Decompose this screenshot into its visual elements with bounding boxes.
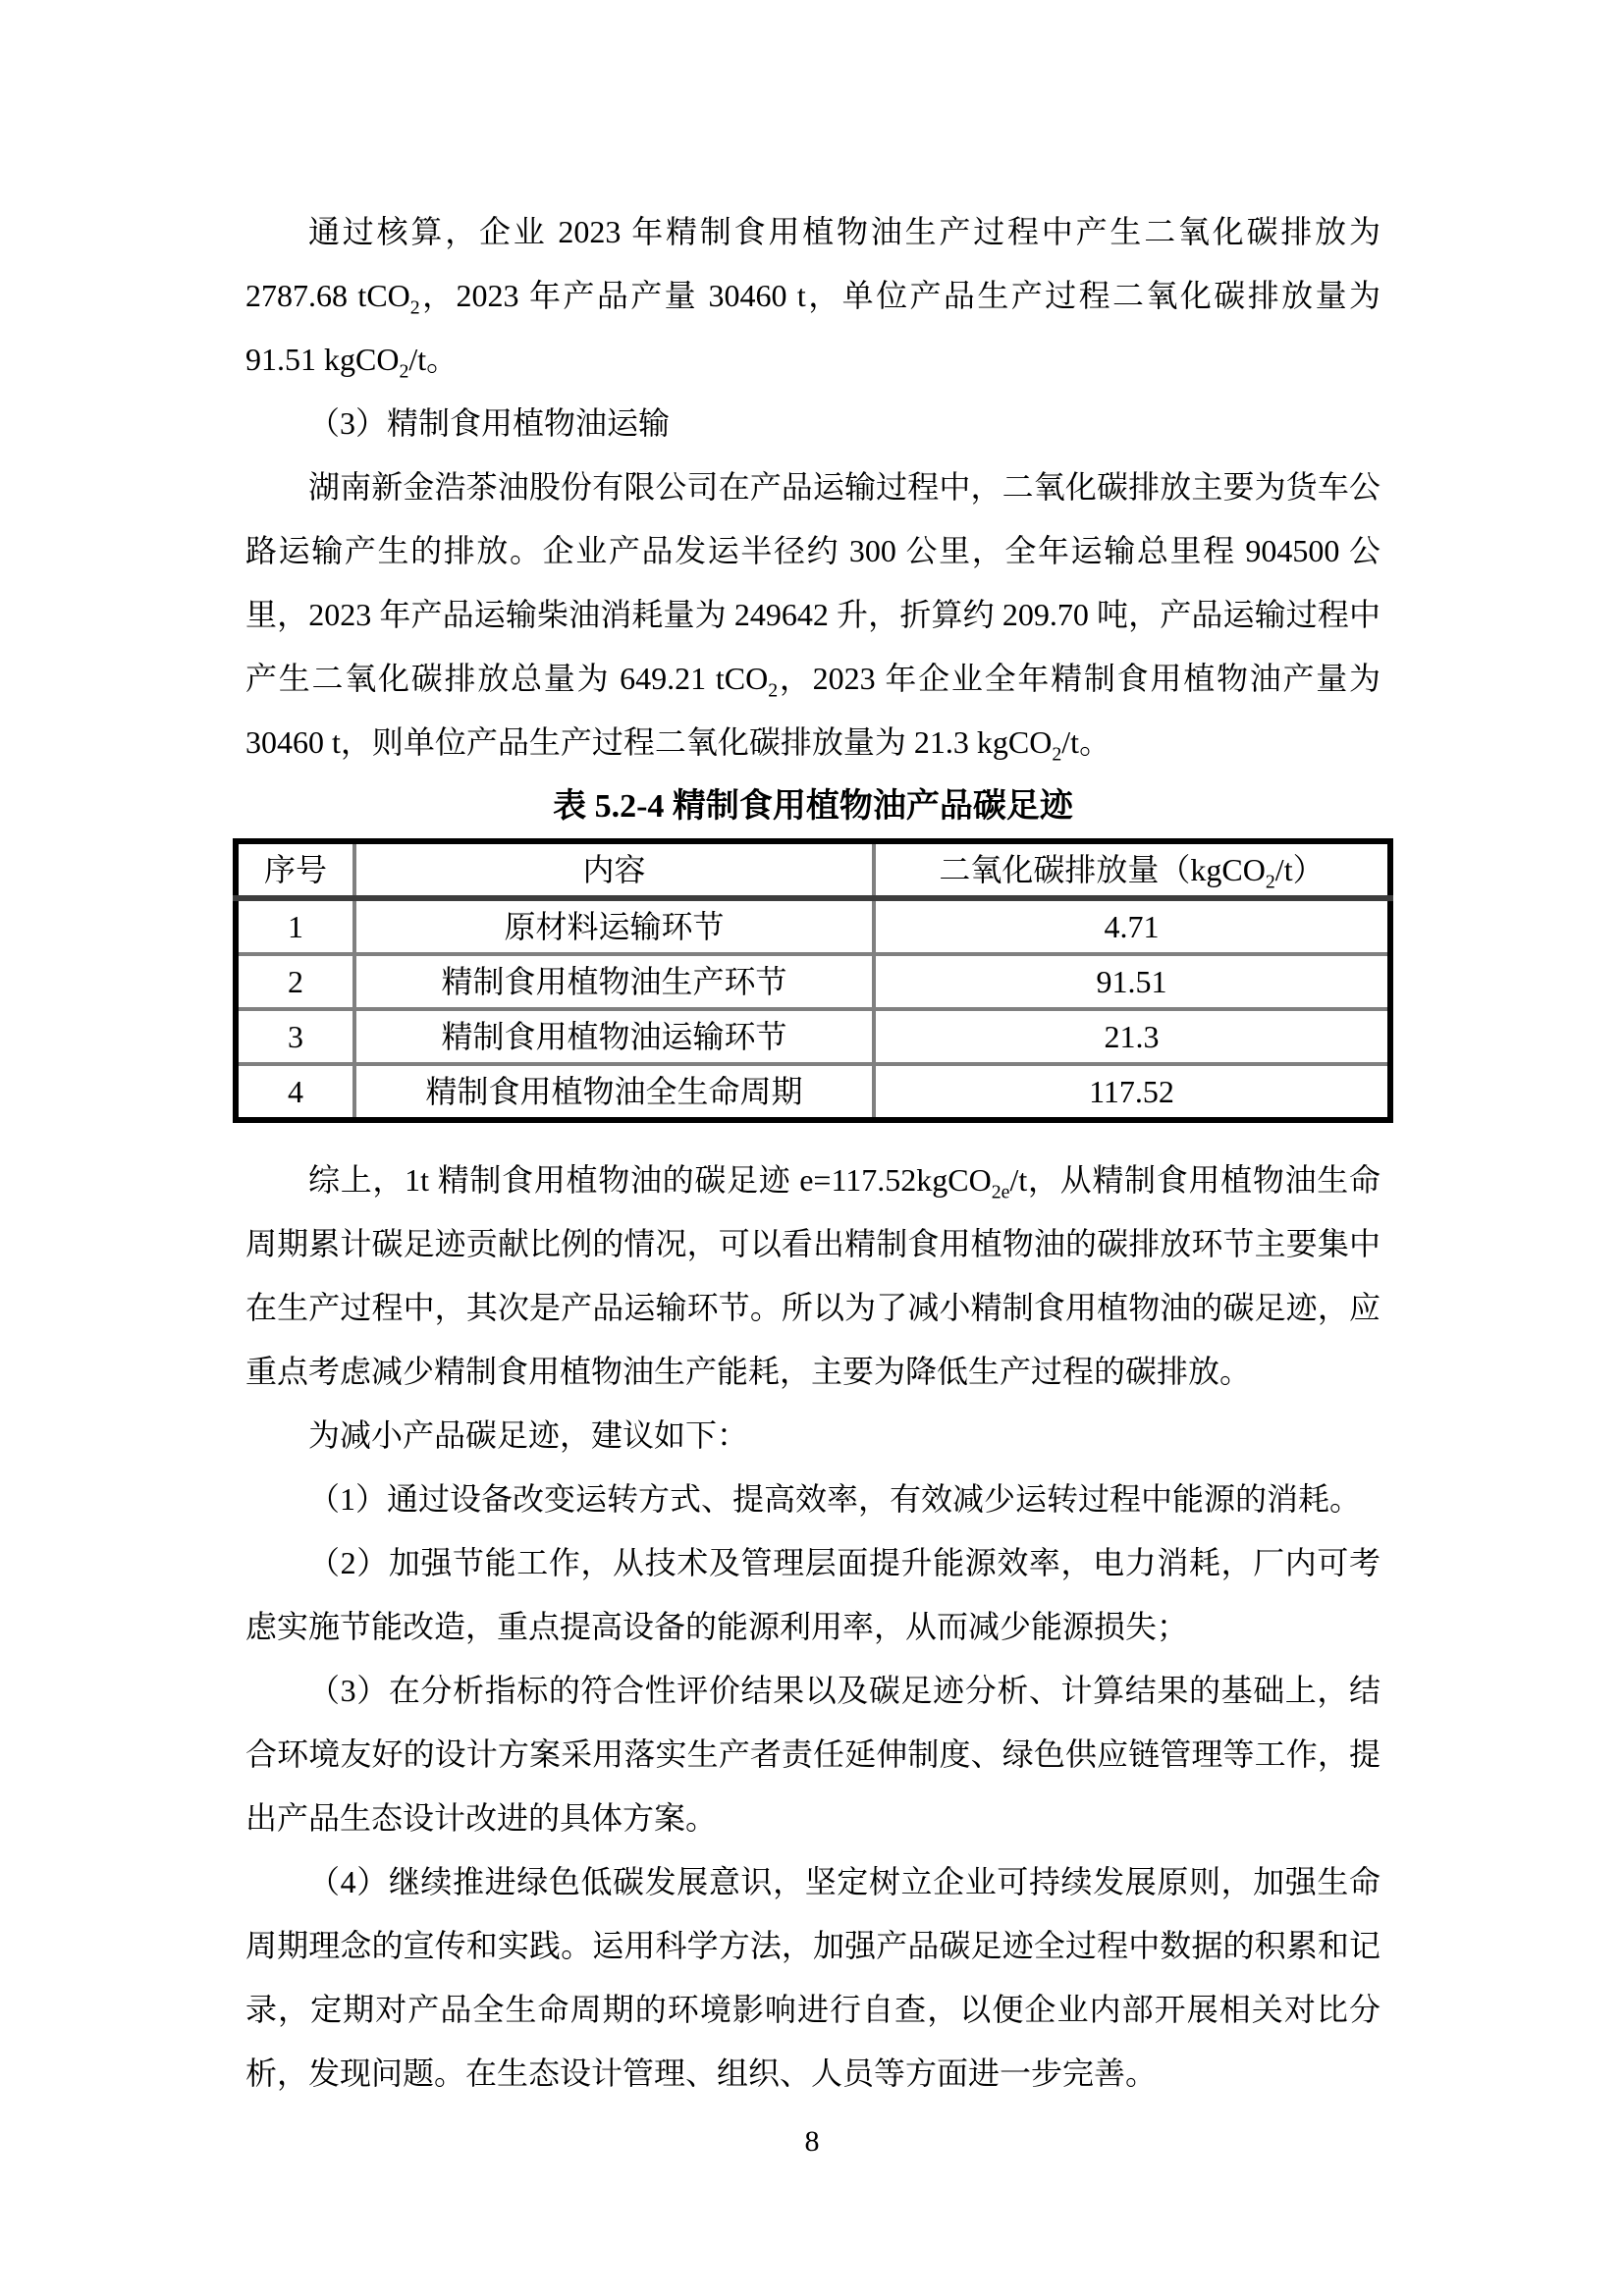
paragraph-transport-accounting: 湖南新金浩茶油股份有限公司在产品运输过程中，二氧化碳排放主要为货车公路运输产生的… (245, 455, 1380, 774)
table-cell-content: 原材料运输环节 (354, 898, 874, 954)
table-cell-emission: 91.51 (874, 954, 1390, 1009)
paragraph-suggestion-2: （2）加强节能工作，从技术及管理层面提升能源效率，电力消耗，厂内可考虑实施节能改… (245, 1531, 1380, 1659)
table-cell-index: 2 (236, 954, 354, 1009)
table-header-index: 序号 (236, 841, 354, 898)
table-cell-content: 精制食用植物油全生命周期 (354, 1064, 874, 1120)
paragraph-production-accounting: 通过核算，企业 2023 年精制食用植物油生产过程中产生二氧化碳排放为 2787… (245, 200, 1380, 392)
table-cell-emission: 4.71 (874, 898, 1390, 954)
table-header-content: 内容 (354, 841, 874, 898)
paragraph-suggestion-3: （3）在分析指标的符合性评价结果以及碳足迹分析、计算结果的基础上，结合环境友好的… (245, 1659, 1380, 1850)
table-cell-content: 精制食用植物油生产环节 (354, 954, 874, 1009)
table-cell-content: 精制食用植物油运输环节 (354, 1009, 874, 1064)
paragraph-summary: 综上，1t 精制食用植物油的碳足迹 e=117.52kgCO2e/t，从精制食用… (245, 1148, 1380, 1404)
table-cell-emission: 117.52 (874, 1064, 1390, 1120)
table-row: 4 精制食用植物油全生命周期 117.52 (236, 1064, 1390, 1120)
document-page: 通过核算，企业 2023 年精制食用植物油生产过程中产生二氧化碳排放为 2787… (0, 0, 1624, 2296)
page-number: 8 (0, 2122, 1624, 2162)
paragraph-suggestions-intro: 为减小产品碳足迹，建议如下： (245, 1404, 1380, 1468)
table-row: 2 精制食用植物油生产环节 91.51 (236, 954, 1390, 1009)
table-row: 1 原材料运输环节 4.71 (236, 898, 1390, 954)
table-title: 表 5.2-4 精制食用植物油产品碳足迹 (245, 774, 1380, 838)
paragraph-suggestion-4: （4）继续推进绿色低碳发展意识，坚定树立企业可持续发展原则，加强生命周期理念的宣… (245, 1850, 1380, 2106)
table-header-row: 序号 内容 二氧化碳排放量（kgCO2/t） (236, 841, 1390, 898)
table-header-emission: 二氧化碳排放量（kgCO2/t） (874, 841, 1390, 898)
text-block: 通过核算，企业 2023 年精制食用植物油生产过程中产生二氧化碳排放为 2787… (245, 200, 1380, 2106)
table-cell-index: 4 (236, 1064, 354, 1120)
table-cell-index: 1 (236, 898, 354, 954)
paragraph-suggestion-1: （1）通过设备改变运转方式、提高效率，有效减少运转过程中能源的消耗。 (245, 1468, 1380, 1531)
table-cell-index: 3 (236, 1009, 354, 1064)
section-heading-transport: （3）精制食用植物油运输 (245, 392, 1380, 455)
carbon-footprint-table: 序号 内容 二氧化碳排放量（kgCO2/t） 1 原材料运输环节 4.71 2 … (233, 838, 1393, 1123)
table-row: 3 精制食用植物油运输环节 21.3 (236, 1009, 1390, 1064)
table-cell-emission: 21.3 (874, 1009, 1390, 1064)
